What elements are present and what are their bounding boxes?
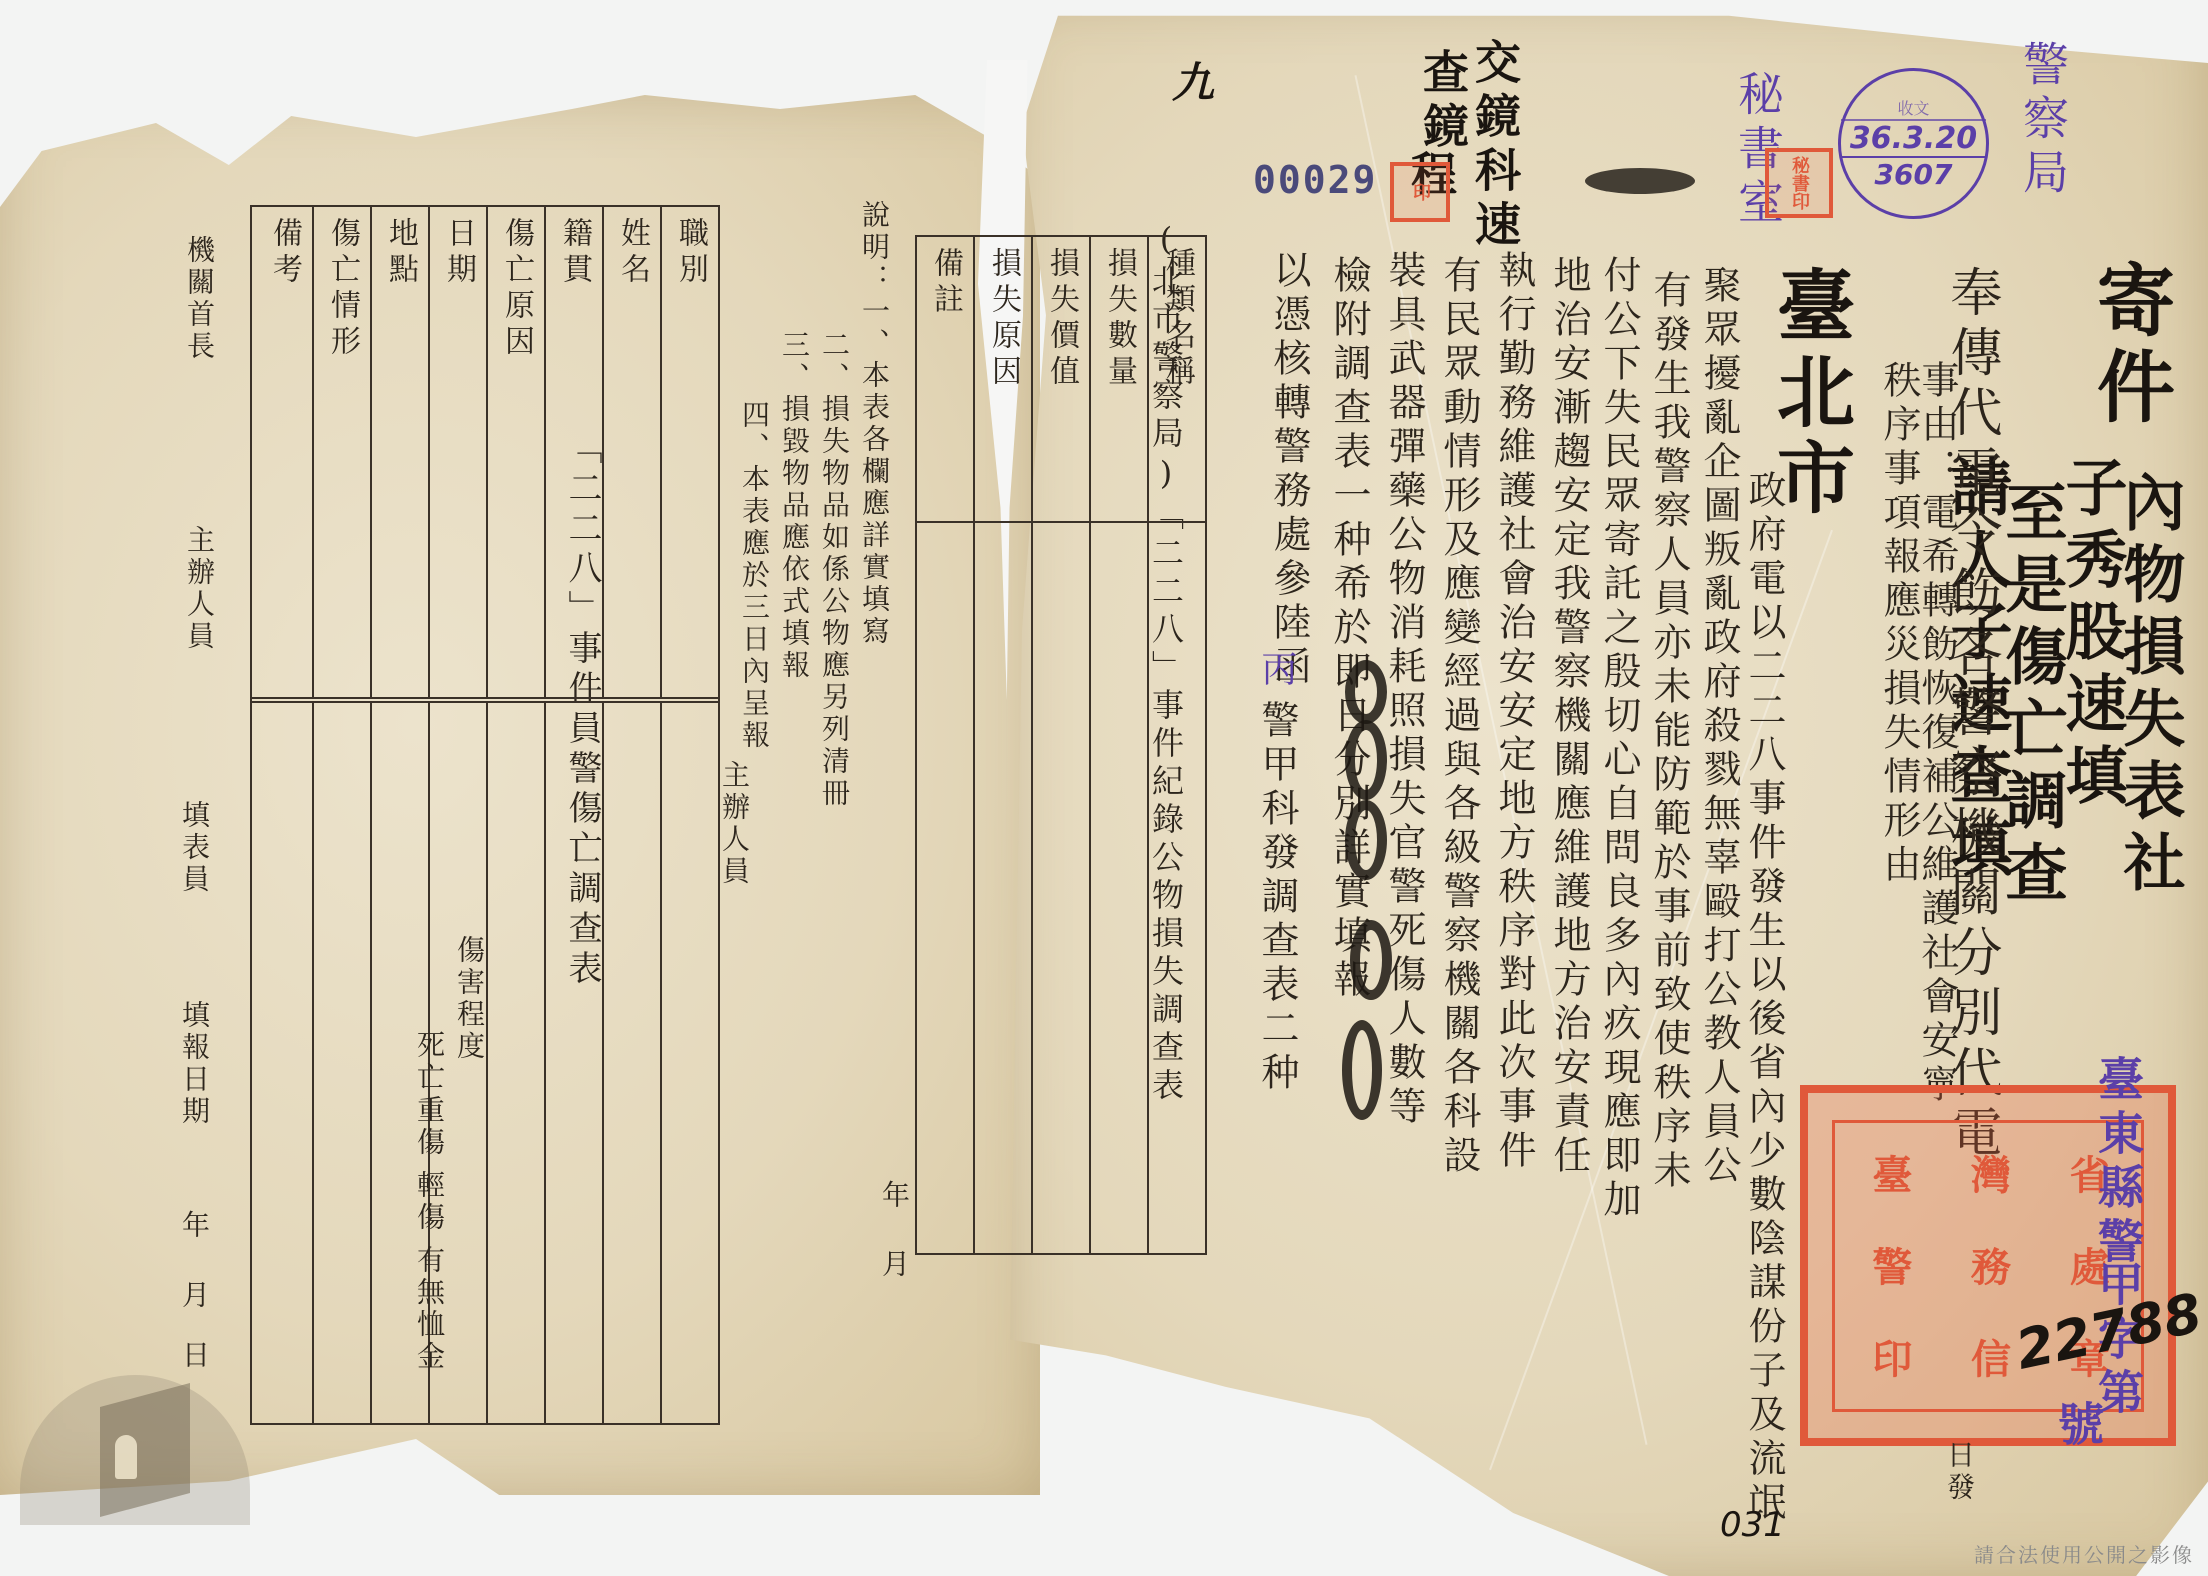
table-header: 姓名 (603, 206, 661, 698)
header-note-1: 交鏡科速 (1472, 38, 1518, 254)
body-column-9: 檢附調查表一种希於即日分別詳實填報 (1330, 255, 1368, 1003)
postmark-header: 收文 (1841, 96, 1986, 121)
middle-note-1: 說明：一、本表各欄應詳實填寫 (860, 200, 888, 648)
sub-header-death: 死亡 (415, 1030, 443, 1094)
body-column-3: 有發生我警察人員亦未能防範於事前致使秩序未 (1650, 270, 1688, 1194)
footer-date-day: 日 (180, 1340, 208, 1372)
injury-group-header: 傷害程度 (455, 935, 483, 1063)
body-column-1: 政府電以二二八事件發生以後省內少數陰謀份子及流氓 (1745, 470, 1783, 1526)
purple-overlay-line-3: 號 (2055, 1400, 2101, 1454)
property-loss-table: 備註 損失原因 損失價值 損失數量 種類名稱 (915, 235, 1207, 1255)
page-number: 031 (1720, 1505, 1785, 1545)
table-cell[interactable] (545, 702, 603, 1424)
page-mark: 九 (1172, 50, 1214, 110)
keyhole-icon (115, 1435, 137, 1479)
directive-line: 奉傳代電令飭各警察機關分別代電 (1945, 265, 1997, 1165)
table-cell[interactable] (661, 702, 719, 1424)
body-column-2: 聚眾擾亂企圖叛亂政府殺戮無辜毆打公教人員公 (1700, 265, 1738, 1189)
footer-agency-head: 機關首長 (185, 235, 213, 363)
secretariat-seal: 秘書印 (1765, 148, 1833, 218)
table-cell[interactable] (1148, 522, 1206, 1254)
book-icon (100, 1383, 190, 1517)
table-header: 籍貫 (545, 206, 603, 698)
body-column-8: 裝具武器彈藥公物消耗照損失官警死傷人數等 (1385, 250, 1423, 1130)
table-header: 傷亡情形 (313, 206, 371, 698)
table-cell[interactable] (603, 702, 661, 1424)
loop-mark (1342, 1020, 1382, 1120)
loop-mark (1345, 660, 1387, 724)
signature-seal: 印 (1390, 162, 1450, 222)
sub-header-pension: 有無恤金 (415, 1245, 443, 1373)
footer-date-month: 月 (180, 1280, 208, 1312)
table-header: 地點 (371, 206, 429, 698)
table-header: 日期 (429, 206, 487, 698)
table-header: 損失原因 (974, 236, 1032, 522)
sub-header-minor: 輕傷 (415, 1170, 443, 1234)
loop-mark (1350, 920, 1392, 1000)
body-column-6: 執行勤務維護社會治安安定地方秩序對此次事件 (1495, 250, 1533, 1174)
footer-person-in-charge: 主辦人員 (185, 525, 213, 653)
purple-overlay-line-1: 臺東縣警 (2095, 1055, 2141, 1271)
purple-mark: 丙 (1258, 650, 1294, 694)
table-cell[interactable] (487, 702, 545, 1424)
serial-number-stamp: 00029 (1253, 158, 1377, 202)
police-bureau-label: 警察局 (2020, 40, 2066, 202)
loop-mark (1345, 720, 1387, 800)
table-cell[interactable] (1090, 522, 1148, 1254)
table-header: 備註 (916, 236, 974, 522)
body-column-4: 付公下失民眾寄託之殷切心自問良多內疚現應即加 (1600, 255, 1638, 1223)
postmark-stamp: 收文 36.3.20 3607 (1838, 68, 1989, 219)
table-cell[interactable] (974, 522, 1032, 1254)
postmark-date: 36.3.20 (1850, 121, 1977, 156)
sub-header-severe: 重傷 (415, 1095, 443, 1159)
table-header: 損失價值 (1032, 236, 1090, 522)
table-cell[interactable] (1032, 522, 1090, 1254)
table-cell[interactable] (313, 702, 371, 1424)
middle-footer-label: 主辦人員 (720, 760, 748, 888)
instruction-note-2: 子秀股速填 (2060, 455, 2122, 815)
casualty-survey-table: 備考 傷亡情形 地點 日期 傷亡原因 籍貫 姓名 職別 (250, 205, 720, 1425)
loop-mark (1345, 800, 1387, 880)
body-column-7: 有民眾動情形及應變經過與各級警察機關各科設 (1440, 255, 1478, 1179)
table-cell[interactable] (251, 702, 313, 1424)
date-note: 日發 (1945, 1440, 1973, 1504)
body-column-10: 以憑核轉警務處參陸函 (1270, 250, 1308, 690)
ink-blot (1585, 168, 1695, 194)
footer-clerk: 填表員 (180, 800, 208, 896)
middle-note-3: 三、損毀物品應依式填報 (780, 330, 808, 682)
middle-note-4: 四、本表應於三日內呈報 (740, 400, 768, 752)
footer-date-year: 年 (180, 1210, 208, 1242)
usage-watermark: 請合法使用公開之影像 (1974, 1539, 2194, 1568)
middle-footer-date: 年 月 (880, 1180, 908, 1281)
body-column-5: 地治安漸趨安定我警察機關應維護地方治安責任 (1550, 255, 1588, 1179)
postmark-number: 3607 (1841, 156, 1986, 191)
document-type-brush: 寄件 (2090, 260, 2168, 432)
table-header: 種類名稱 (1148, 236, 1206, 522)
table-header: 傷亡原因 (487, 206, 545, 698)
table-header: 損失數量 (1090, 236, 1148, 522)
middle-note-2: 二、損失物品如係公物應另列清冊 (820, 330, 848, 810)
footer-date-label: 填報日期 (180, 1000, 208, 1128)
table-header: 職別 (661, 206, 719, 698)
table-header: 備考 (251, 206, 313, 698)
closing-column: 警甲科發調查表二种 (1258, 700, 1296, 1096)
header-note-2: 查鏡 (1420, 48, 1466, 156)
table-cell[interactable] (916, 522, 974, 1254)
